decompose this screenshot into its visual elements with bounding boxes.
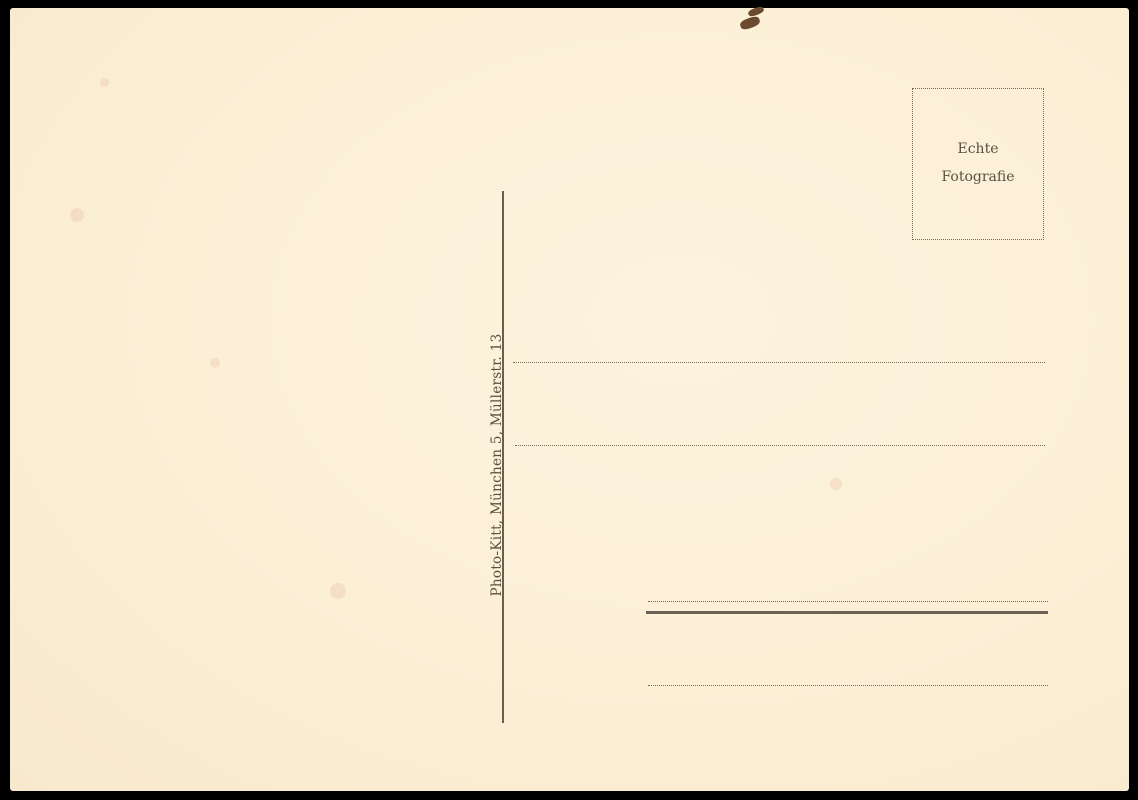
foxing-spot <box>210 358 220 368</box>
address-underline <box>646 611 1048 614</box>
stamp-text-line2: Fotografie <box>913 169 1043 185</box>
foxing-spot <box>330 583 346 599</box>
stamp-text-line1: Echte <box>913 141 1043 157</box>
address-line-1 <box>513 362 1045 363</box>
postcard-back: Echte Fotografie Photo-Kitt, München 5, … <box>10 8 1129 791</box>
foxing-spot <box>830 478 842 490</box>
publisher-imprint: Photo-Kitt, München 5, Müllerstr. 13 <box>489 334 505 597</box>
address-line-2 <box>515 445 1045 446</box>
stain-mark <box>739 15 761 31</box>
address-line-4 <box>648 685 1048 686</box>
foxing-spot <box>100 78 109 87</box>
stamp-box: Echte Fotografie <box>912 88 1044 240</box>
address-line-3 <box>648 601 1048 602</box>
foxing-spot <box>70 208 84 222</box>
